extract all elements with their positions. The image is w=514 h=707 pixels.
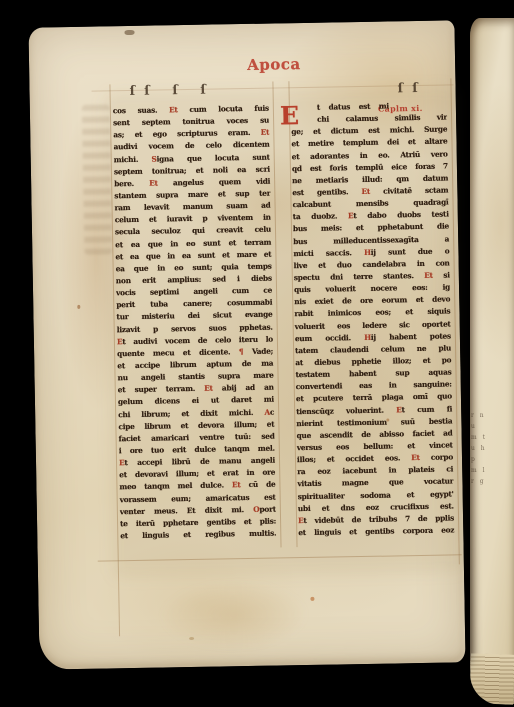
ascender-strokes-right: ſſ: [397, 81, 426, 97]
book-next-page: r n u m t u h p m l r g: [470, 18, 514, 704]
text-column-right: t datus est michi calamus similis virge;…: [291, 99, 455, 539]
margin-showthrough: [82, 104, 113, 254]
ink-speck: [310, 597, 314, 601]
ink-speck: [386, 419, 389, 422]
ascender-strokes-left: ſſ ſ ſ: [129, 83, 215, 99]
ink-speck: [77, 305, 80, 309]
manuscript-leaf: Apoca Caplm xi. E ſſ ſ ſ ſſ cos suas. Et…: [28, 20, 465, 669]
next-page-text-showthrough: r n u m t u h p m l r g: [471, 410, 488, 588]
edge-nick: [124, 30, 134, 35]
stain-bottom: [158, 579, 309, 652]
text-column-left: cos suas. Et cum locuta fuissent septem …: [113, 103, 277, 543]
fore-edge-stack: [469, 653, 514, 705]
photo-background: { "manuscript": { "running_title": "Apoc…: [0, 0, 514, 707]
running-title: Apoca: [247, 55, 317, 74]
